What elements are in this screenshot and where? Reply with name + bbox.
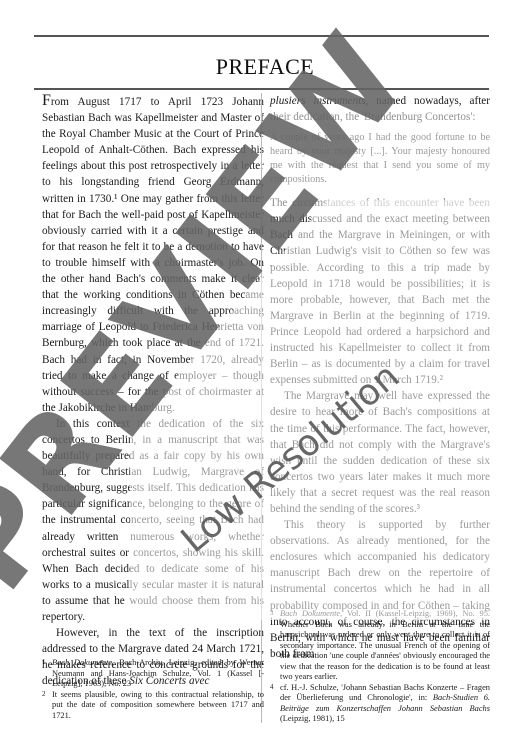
paragraph: In this context the dedication of the si… xyxy=(42,416,264,625)
page-title: PREFACE xyxy=(0,54,530,80)
footnote-italic: Bach Dokumente xyxy=(52,658,112,667)
footnote-italic: Bach Dokumente xyxy=(280,609,340,618)
left-column: From August 1717 to April 1723 Johann Se… xyxy=(42,93,264,689)
footnote-mark: 4 xyxy=(270,682,274,693)
footnote-text: (Leipzig, 1981), 15 xyxy=(280,714,345,723)
footnote: 3Bach Dokumente, Vol. II (Kassel-Leipzig… xyxy=(270,609,490,683)
footnote: 4cf. H.-J. Schulze, 'Johann Sebastian Ba… xyxy=(270,683,490,725)
footnote-mark: 2 xyxy=(42,689,46,700)
drop-cap: F xyxy=(42,92,51,109)
footnote-text: It seems plausible, owing to this contra… xyxy=(52,690,264,720)
footnote-mark: 1 xyxy=(42,657,46,668)
footnote-text: , Vol. II (Kassel-Leipzig, 1969), No. 95… xyxy=(280,609,490,681)
footnote: 1Bach Dokumente, Bach-Archiv, Leipzig, e… xyxy=(42,658,264,690)
paragraph: plusiers instruments, named nowadays, af… xyxy=(270,93,490,125)
paragraph: The circumstances of this encounter have… xyxy=(270,195,490,388)
footnotes-left: 1Bach Dokumente, Bach-Archiv, Leipzig, e… xyxy=(42,658,264,721)
column-divider xyxy=(261,93,262,723)
paragraph-text: In this context the dedication of the si… xyxy=(42,418,264,623)
footnote-mark: 3 xyxy=(270,608,274,619)
paragraph-text: rom August 1717 to April 1723 Johann Seb… xyxy=(42,96,264,414)
opening-paragraph: From August 1717 to April 1723 Johann Se… xyxy=(42,93,264,416)
block-quote: A couple of years ago I had the good for… xyxy=(270,131,490,187)
footnotes-right: 3Bach Dokumente, Vol. II (Kassel-Leipzig… xyxy=(270,609,490,725)
right-column: plusiers instruments, named nowadays, af… xyxy=(270,93,490,662)
italic-title: plusiers instruments xyxy=(270,95,366,107)
paragraph: The Margrave may well have expressed the… xyxy=(270,388,490,517)
title-underline xyxy=(34,88,489,90)
top-rule xyxy=(34,35,489,37)
footnote: 2It seems plausible, owing to this contr… xyxy=(42,690,264,722)
